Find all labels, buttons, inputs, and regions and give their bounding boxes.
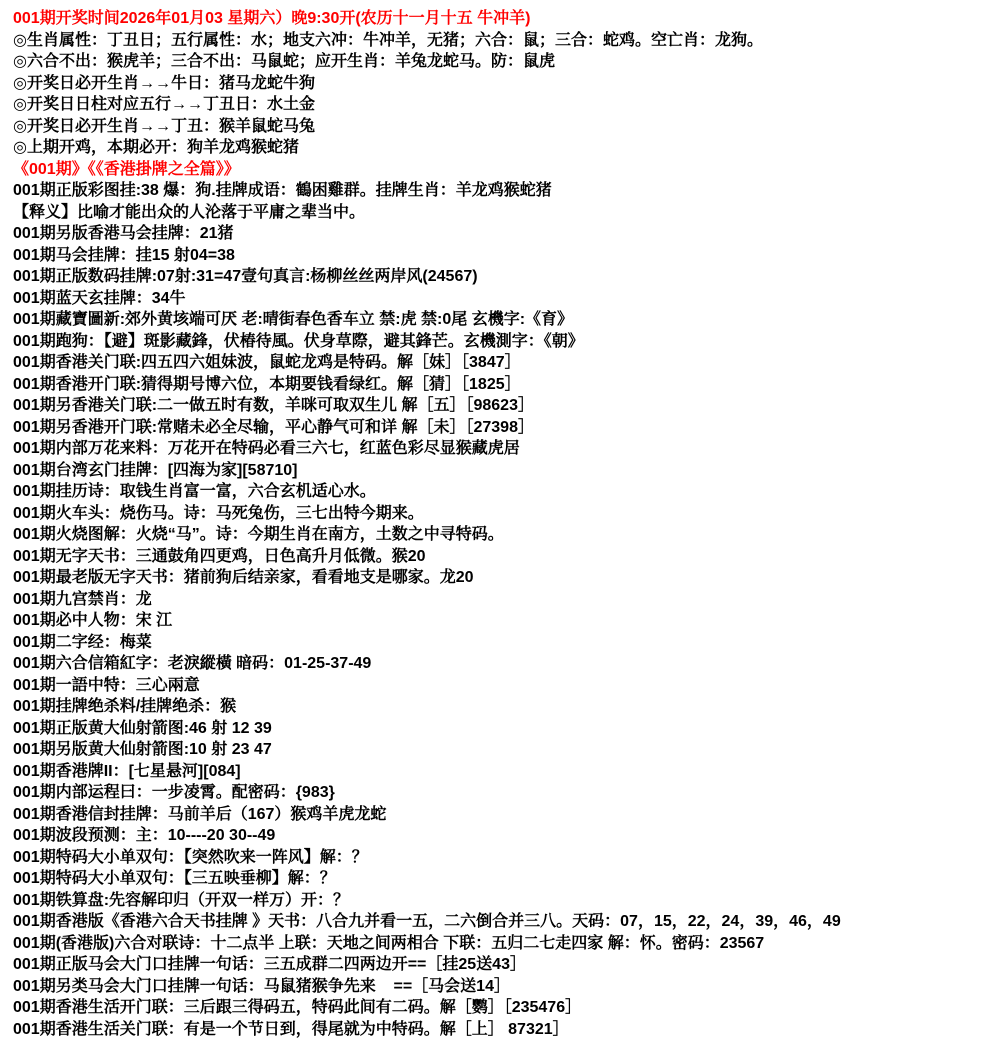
lottery-tips-page: 001期开奖时间2026年01月03 星期六）晚9:30开(农历十一月十五 牛冲… xyxy=(0,0,1000,1044)
tip-line: 001期香港关门联:四五四六姐妹波，鼠蛇龙鸡是特码。解［妹］［3847］ xyxy=(13,352,996,374)
tip-line: 001期香港开门联:猜得期号博六位，本期要钱看绿红。解［猜］［1825］ xyxy=(13,374,996,396)
tip-line: 001期必中人物：宋 江 xyxy=(13,610,996,632)
zodiac-note-line: ◎六合不出：猴虎羊；三合不出：马鼠蛇；应开生肖：羊兔龙蛇马。防：鼠虎 xyxy=(13,51,996,73)
zodiac-note-line: ◎上期开鸡，本期必开：狗羊龙鸡猴蛇猪 xyxy=(13,137,996,159)
tip-line: 001期香港牌II：[七星悬河][084] xyxy=(13,761,996,783)
tip-line: 001期内部运程曰：一步凌霄。配密码：{983} xyxy=(13,782,996,804)
edition-title: 《001期》《《香港掛牌之全篇》》 xyxy=(13,159,996,181)
tip-line: 001期藏寶圖新:郊外黄垓端可厌 老:晴街春色香车立 禁:虎 禁:0尾 玄機字:… xyxy=(13,309,996,331)
zodiac-note-line: ◎开奖日必开生肖→→牛日：猪马龙蛇牛狗 xyxy=(13,73,996,95)
tip-line: 001期波段预测：主：10----20 30--49 xyxy=(13,825,996,847)
tip-line: 001期正版数码挂牌:07射:31=47壹句真言:杨柳丝丝两岸风(24567) xyxy=(13,266,996,288)
tip-line: 001期另版香港马会挂牌：21猪 xyxy=(13,223,996,245)
tip-line: 001期一語中特：三心兩意 xyxy=(13,675,996,697)
tip-line: 001期挂历诗：取钱生肖富一富，六合玄机适心水。 xyxy=(13,481,996,503)
tip-line: 001期火车头：烧伤马。诗：马死兔伤，三七出特今期来。 xyxy=(13,503,996,525)
tip-line: 001期铁算盘:先容解印归（开双一样万）开：？ xyxy=(13,890,996,912)
tip-line: 001期(香港版)六合对联诗：十二点半 上联：天地之间两相合 下联：五归二七走四… xyxy=(13,933,996,955)
tip-line: 001期六合信箱紅字：老淚縱橫 暗码：01-25-37-49 xyxy=(13,653,996,675)
tip-line: 001期九宫禁肖：龙 xyxy=(13,589,996,611)
tip-line: 001期最老版无字天书：猪前狗后结亲家，看看地支是哪家。龙20 xyxy=(13,567,996,589)
tip-line: 【释义】比喻才能出众的人沦落于平庸之辈当中。 xyxy=(13,202,996,224)
tip-line: 001期正版马会大门口挂牌一句话：三五成群二四两边开==［挂25送43］ xyxy=(13,954,996,976)
tip-line: 001期另香港关门联:二一做五时有数，羊咪可取双生儿 解［五］［98623］ xyxy=(13,395,996,417)
tip-line: 001期香港生活开门联：三后跟三得码五，特码此间有二码。解［鹦］［235476］ xyxy=(13,997,996,1019)
tip-line: 001期另版黄大仙射箭图:10 射 23 47 xyxy=(13,739,996,761)
tip-line: 001期马会挂牌：挂15 射04=38 xyxy=(13,245,996,267)
tip-line: 001期特码大小单双句：【突然吹来一阵风】解：？ xyxy=(13,847,996,869)
draw-time-header: 001期开奖时间2026年01月03 星期六）晚9:30开(农历十一月十五 牛冲… xyxy=(13,8,996,30)
tip-line: 001期蓝天玄挂牌：34牛 xyxy=(13,288,996,310)
tip-line: 001期正版彩图挂:38 爆：狗.挂牌成语：鶴困雞群。挂牌生肖：羊龙鸡猴蛇猪 xyxy=(13,180,996,202)
zodiac-note-line: ◎生肖属性：丁丑日；五行属性：水；地支六冲：牛冲羊，无猪；六合：鼠；三合：蛇鸡。… xyxy=(13,30,996,52)
tip-line: 001期香港生活关门联：有是一个节日到，得尾就为中特码。解［上］ 87321］ xyxy=(13,1019,996,1041)
tip-line: 001期跑狗：【避】斑影藏鋒，伏椿待風。伏身草際，避其鋒芒。玄機測字：《朝》 xyxy=(13,331,996,353)
tip-line: 001期二字经：梅菜 xyxy=(13,632,996,654)
tip-line: 001期火烧图解：火烧“马”。诗：今期生肖在南方，土数之中寻特码。 xyxy=(13,524,996,546)
tip-line: 001期特码大小单双句：【三五映垂柳】解：？ xyxy=(13,868,996,890)
tip-line: 001期台湾玄门挂牌：[四海为家][58710] xyxy=(13,460,996,482)
tip-line: 001期香港版《香港六合天书挂牌 》天书：八合九并看一五，二六倒合并三八。天码：… xyxy=(13,911,996,933)
tip-line: 001期挂牌绝杀料/挂牌绝杀：猴 xyxy=(13,696,996,718)
tip-line: 001期香港信封挂牌：马前羊后（167）猴鸡羊虎龙蛇 xyxy=(13,804,996,826)
tip-line: 001期正版黄大仙射箭图:46 射 12 39 xyxy=(13,718,996,740)
zodiac-note-line: ◎开奖日必开生肖→→丁丑：猴羊鼠蛇马兔 xyxy=(13,116,996,138)
tip-line: 001期内部万花来料：万花开在特码必看三六七，红蓝色彩尽显猴藏虎居 xyxy=(13,438,996,460)
zodiac-note-line: ◎开奖日日柱对应五行→→丁丑日：水土金 xyxy=(13,94,996,116)
tip-line: 001期另香港开门联:常赌未必全尽输，平心静气可和详 解［未］［27398］ xyxy=(13,417,996,439)
tip-line: 001期无字天书：三通鼓角四更鸡，日色高升月低微。猴20 xyxy=(13,546,996,568)
tip-line: 001期另类马会大门口挂牌一句话：马鼠猪猴争先来 ==［马会送14］ xyxy=(13,976,996,998)
